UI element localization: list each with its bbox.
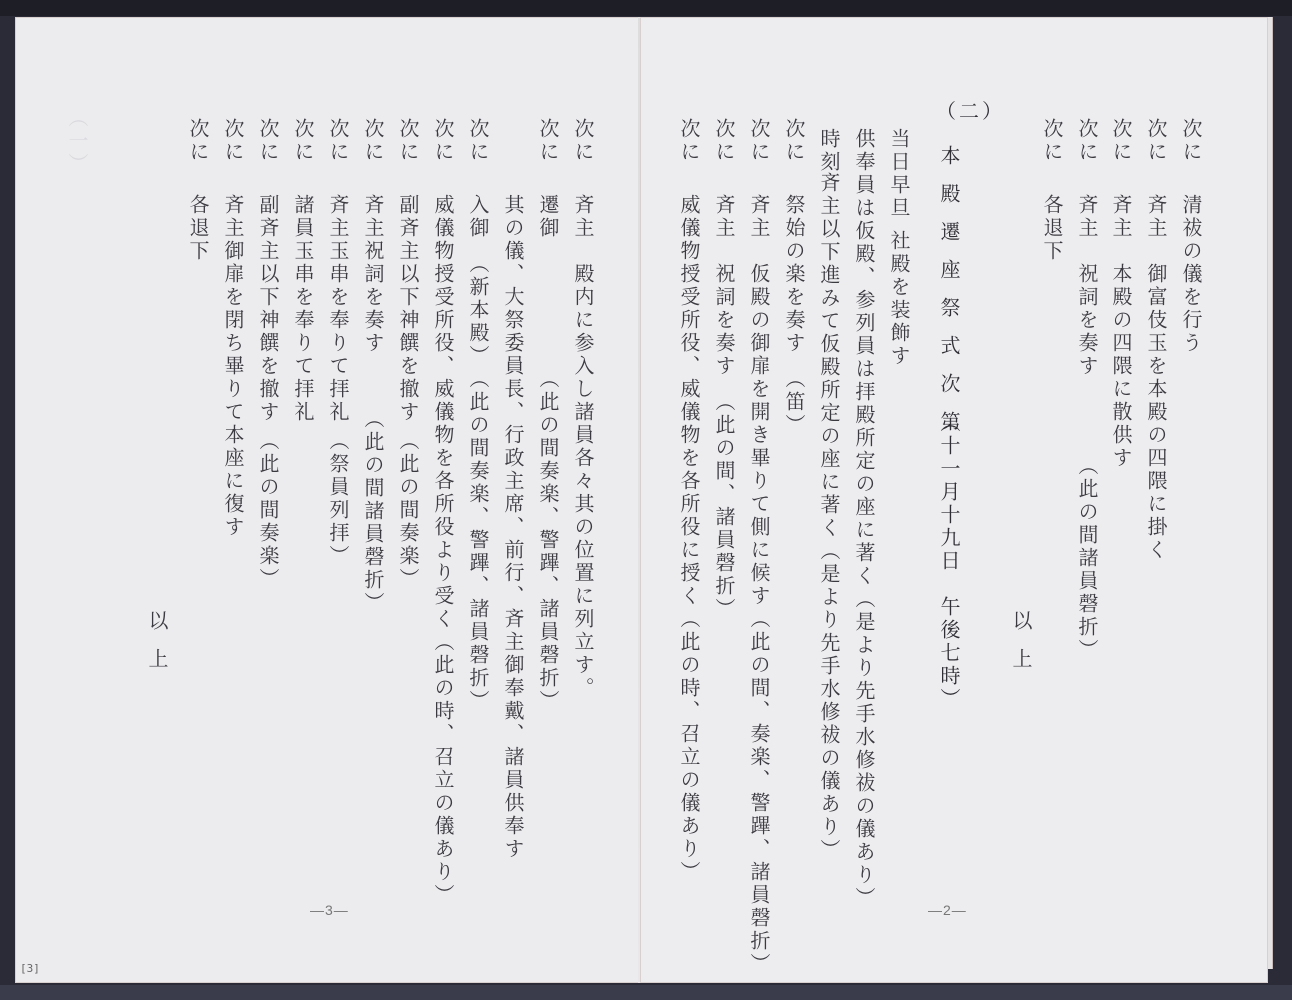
page-number-3: —3— xyxy=(310,902,349,918)
line-l3-text: 其の儀、大祭委員長、行政主席、前行、斉主御奉戴、諸員供奉す xyxy=(502,194,524,861)
line-l12-text: 各退下 xyxy=(187,194,209,263)
line-l4-lead: 次に xyxy=(467,118,489,164)
line-l7-note: （此の間諸員磬折） xyxy=(362,408,384,615)
page-number-2: —2— xyxy=(928,902,967,918)
line-l9-text: 諸員玉串を奉りて拝礼 xyxy=(292,194,314,424)
line-l9-lead: 次に xyxy=(292,118,314,164)
line-l8-text: 斉主玉串を奉りて拝礼 xyxy=(327,194,349,424)
archive-label: [3] xyxy=(20,962,40,975)
line-r3-lead: 次に xyxy=(1110,118,1132,164)
section-title: 本殿遷座祭式次第 xyxy=(938,145,960,449)
scanner-backdrop-top xyxy=(0,0,1292,16)
line-r3-text: 斉主 本殿の四隈に散供す xyxy=(1110,194,1132,470)
line-r1-lead: 次に xyxy=(1180,118,1202,164)
line-l10-lead: 次に xyxy=(257,118,279,164)
line-l7-lead: 次に xyxy=(362,118,384,164)
line-r4-lead: 次に xyxy=(1076,118,1098,164)
line-l11-text: 斉主御扉を閉ち畢りて本座に復す xyxy=(222,194,244,539)
line-l10-text: 副斉主以下神饌を撤す xyxy=(257,194,279,424)
line-s2: 供奉員は仮殿、参列員は拝殿所定の座に著く（是より先手水修祓の儀あり） xyxy=(853,128,875,910)
line-l4-note: （此の間奏楽、警蹕、諸員磬折） xyxy=(467,368,489,713)
closing-mark-left: 以上 xyxy=(146,610,168,686)
line-r5-text: 各退下 xyxy=(1041,194,1063,263)
line-s1-lead: 当日早旦 xyxy=(888,128,910,220)
line-l1-lead: 次に xyxy=(572,118,594,164)
line-s4-text: 祭始の楽を奏す （笛） xyxy=(783,194,805,437)
line-l7-text: 斉主祝詞を奏す xyxy=(362,194,384,355)
line-s6-text: 斉主 祝詞を奏す （此の間、諸員磬折） xyxy=(713,194,735,621)
line-r5-lead: 次に xyxy=(1041,118,1063,164)
line-l5-lead: 次に xyxy=(432,118,454,164)
line-s5-text: 斉主 仮殿の御扉を開き畢りて側に候す（此の間、奏楽、警蹕、諸員磬折） xyxy=(748,194,770,976)
line-l6-lead: 次に xyxy=(397,118,419,164)
line-r2-text: 斉主 御富伎玉を本殿の四隈に掛く xyxy=(1145,194,1167,562)
line-l2-lead: 次に xyxy=(537,118,559,164)
line-r4-note: （此の間諸員磬折） xyxy=(1076,455,1098,662)
line-l6-note: （此の間奏楽） xyxy=(397,430,419,591)
closing-mark-right: 以上 xyxy=(1010,610,1032,686)
line-l2-note: （此の間奏楽、警蹕、諸員磬折） xyxy=(537,368,559,713)
line-l1-text: 斉主 殿内に参入し諸員各々其の位置に列立す。 xyxy=(572,194,594,700)
line-l2-text: 遷御 xyxy=(537,194,559,240)
line-r1-text: 清祓の儀を行う xyxy=(1180,194,1202,355)
line-s4-lead: 次に xyxy=(783,118,805,164)
section-number: （二） xyxy=(936,100,1005,122)
line-s3-lead: 時刻 xyxy=(818,128,840,174)
line-l12-lead: 次に xyxy=(187,118,209,164)
line-s6-lead: 次に xyxy=(713,118,735,164)
line-s3-text: 斉主以下進みて仮殿所定の座に著く（是より先手水修祓の儀あり） xyxy=(818,172,840,862)
line-l8-note: （祭員列拝） xyxy=(327,430,349,568)
line-l11-lead: 次に xyxy=(222,118,244,164)
line-l5-text: 威儀物授受所役、威儀物を各所役より受く（此の時、召立の儀あり） xyxy=(432,194,454,907)
line-l10-note: （此の間奏楽） xyxy=(257,430,279,591)
page-edge xyxy=(1268,17,1273,969)
line-r2-lead: 次に xyxy=(1145,118,1167,164)
line-s7-text: 威儀物授受所役、威儀物を各所役に授く（此の時、召立の儀あり） xyxy=(678,194,700,884)
scanner-backdrop-bottom xyxy=(0,985,1292,1000)
section-date: （十一月十九日 午後七時） xyxy=(938,412,960,711)
line-l4-text: 入御 （新本殿） xyxy=(467,194,489,368)
line-s7-lead: 次に xyxy=(678,118,700,164)
line-l6-text: 副斉主以下神饌を撤す xyxy=(397,194,419,424)
line-s5-lead: 次に xyxy=(748,118,770,164)
bleed-through-text: （一） xyxy=(63,107,92,176)
line-l8-lead: 次に xyxy=(327,118,349,164)
line-s1-text: 社殿を装飾す xyxy=(888,230,910,368)
line-r4-text: 斉主 祝詞を奏す xyxy=(1076,194,1098,378)
